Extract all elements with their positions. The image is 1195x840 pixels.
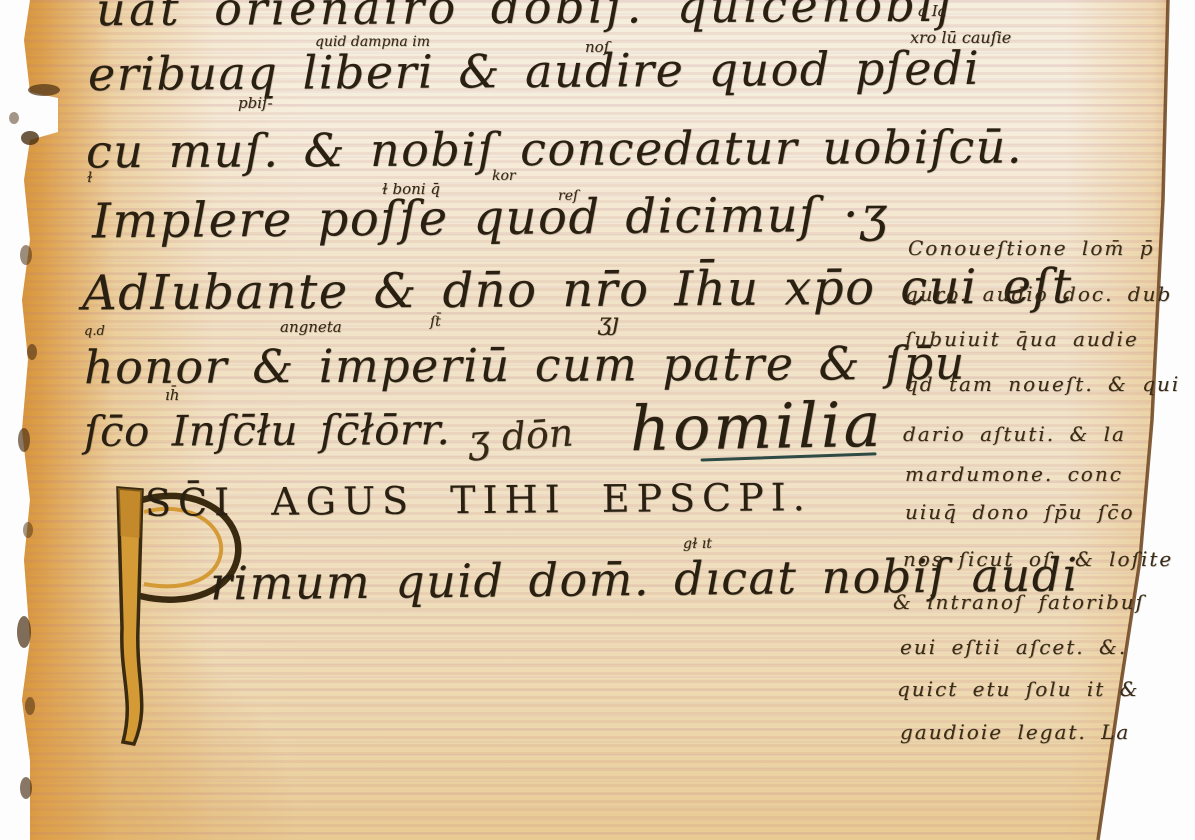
manuscript-line-3: cu muſ. & nobiſ concedatur uobiſcū. [86, 120, 1023, 179]
interlinear-gloss: ɫ boni q̄ [382, 180, 440, 198]
manuscript-line-4: Implere poſſe quod dicimuſ ·ʒ [92, 187, 889, 250]
interlinear-gloss: angneta [280, 318, 342, 336]
homilia-title: homilia [629, 388, 884, 465]
margin-note: ſubuiuit q̄ua audie [905, 327, 1139, 351]
interlinear-gloss: ıh̄ [165, 386, 179, 404]
interlinear-gloss: ſt̄ [430, 314, 441, 330]
interlinear-gloss: reſ [558, 188, 578, 204]
margin-note: mardumone. conc [905, 462, 1123, 486]
margin-note: & intranoſ fatoribuſ [893, 590, 1145, 614]
margin-note: eui eſtii aſcet. &. [900, 635, 1127, 659]
manuscript-line-1: uat orienairo dobiſ. quicenobiſ [96, 0, 957, 36]
corner-note-line-1: a Ia [918, 2, 947, 20]
margin-note: dario aſtuti. & la [903, 422, 1126, 446]
manuscript-line-7: ſc̄o Inſc̄łu ſc̄łōrr. [84, 405, 451, 456]
amen-abbreviation-mark: ʒ dōn [467, 410, 575, 461]
margin-note: nos ſicut oſ. & loſite [903, 547, 1173, 571]
margin-note: quict etu ſolu it & [897, 677, 1139, 701]
margin-note: Conoueſtione lom̄ p̄ [908, 236, 1155, 260]
margin-note: uiuq̄ dono ſp̄u ſc̄o [905, 500, 1135, 524]
manuscript-line-6: honor & imperiū cum patre & ſp̄u [84, 336, 966, 395]
margin-note: gaudioie legat. La [900, 720, 1130, 744]
interlinear-gloss: gɫ ıt [683, 536, 712, 552]
interlinear-gloss: pbiſ- [238, 94, 273, 112]
interlinear-gloss: quid dampna im [315, 34, 430, 50]
corner-note-line-2: xro lū cauſie [910, 28, 1011, 47]
interlinear-gloss: ʒȷ [598, 308, 619, 336]
interlinear-gloss: q.d [84, 324, 105, 339]
interlinear-gloss: kor [492, 168, 516, 184]
margin-note: quro. audio doc. dub [905, 282, 1172, 306]
manuscript-photo: uat orienairo dobiſ. quicenobiſ eribuaq … [0, 0, 1195, 840]
interlinear-gloss: noſ [585, 38, 609, 56]
rubric-line-sci-augustini-episcopi: SC̄I AGUS TIHI EPSCPI. [145, 475, 812, 525]
interlinear-gloss: ɫ [87, 170, 92, 186]
margin-note: qd tam noueſt. & qui [905, 372, 1180, 396]
manuscript-line-2: eribuaq liberi & audire quod pſedi [88, 41, 981, 101]
